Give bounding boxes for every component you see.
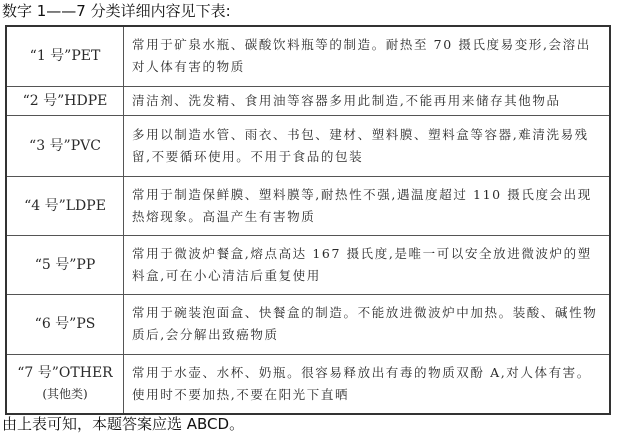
- plastic-codes-table: “1 号”PET 常用于矿泉水瓶、碳酸饮料瓶等的制造。耐热至 70 摄氏度易变形…: [5, 25, 611, 415]
- plastic-code-cell: “6 号”PS: [6, 294, 124, 354]
- conclusion-text: 由上表可知，本题答案应选 ABCD。: [2, 415, 244, 433]
- plastic-code-cell: “7 号”OTHER (其他类): [6, 354, 124, 414]
- description-cell: 常用于水壶、水杯、奶瓶。很容易释放出有毒的物质双酚 A,对人体有害。使用时不要加…: [124, 354, 611, 414]
- plastic-code-cell: “5 号”PP: [6, 235, 124, 294]
- plastic-code: “6 号”PS: [35, 316, 96, 332]
- table-row: “1 号”PET 常用于矿泉水瓶、碳酸饮料瓶等的制造。耐热至 70 摄氏度易变形…: [6, 26, 610, 86]
- description-cell: 常用于微波炉餐盒,熔点高达 167 摄氏度,是唯一可以安全放进微波炉的塑料盒,可…: [124, 235, 611, 294]
- table-row: “3 号”PVC 多用以制造水管、雨衣、书包、建材、塑料膜、塑料盒等容器,难清洗…: [6, 115, 610, 176]
- table-row: “7 号”OTHER (其他类) 常用于水壶、水杯、奶瓶。很容易释放出有毒的物质…: [6, 354, 610, 414]
- plastic-code-cell: “3 号”PVC: [6, 115, 124, 176]
- plastic-code-cell: “4 号”LDPE: [6, 176, 124, 235]
- description-cell: 清洁剂、洗发精、食用油等容器多用此制造,不能再用来储存其他物品: [124, 86, 611, 115]
- plastic-code: “2 号”HDPE: [23, 93, 108, 109]
- plastic-code: “1 号”PET: [30, 48, 101, 64]
- plastic-code: “3 号”PVC: [29, 138, 101, 154]
- description-cell: 常用于碗装泡面盒、快餐盒的制造。不能放进微波炉中加热。装酸、碱性物质后,会分解出…: [124, 294, 611, 354]
- table-row: “5 号”PP 常用于微波炉餐盒,熔点高达 167 摄氏度,是唯一可以安全放进微…: [6, 235, 610, 294]
- description-cell: 常用于制造保鲜膜、塑料膜等,耐热性不强,遇温度超过 110 摄氏度会出现热熔现象…: [124, 176, 611, 235]
- description-cell: 常用于矿泉水瓶、碳酸饮料瓶等的制造。耐热至 70 摄氏度易变形,会溶出对人体有害…: [124, 26, 611, 86]
- plastic-code: “4 号”LDPE: [24, 198, 106, 214]
- plastic-code-subtitle: (其他类): [7, 383, 123, 405]
- intro-text: 数字 1——7 分类详细内容见下表:: [2, 2, 231, 20]
- plastic-code-cell: “1 号”PET: [6, 26, 124, 86]
- plastic-code: “5 号”PP: [35, 257, 96, 273]
- table-row: “4 号”LDPE 常用于制造保鲜膜、塑料膜等,耐热性不强,遇温度超过 110 …: [6, 176, 610, 235]
- description-cell: 多用以制造水管、雨衣、书包、建材、塑料膜、塑料盒等容器,难清洗易残留,不要循环使…: [124, 115, 611, 176]
- plastic-code-cell: “2 号”HDPE: [6, 86, 124, 115]
- table-row: “6 号”PS 常用于碗装泡面盒、快餐盒的制造。不能放进微波炉中加热。装酸、碱性…: [6, 294, 610, 354]
- table-row: “2 号”HDPE 清洁剂、洗发精、食用油等容器多用此制造,不能再用来储存其他物…: [6, 86, 610, 115]
- plastic-code: “7 号”OTHER: [17, 365, 112, 381]
